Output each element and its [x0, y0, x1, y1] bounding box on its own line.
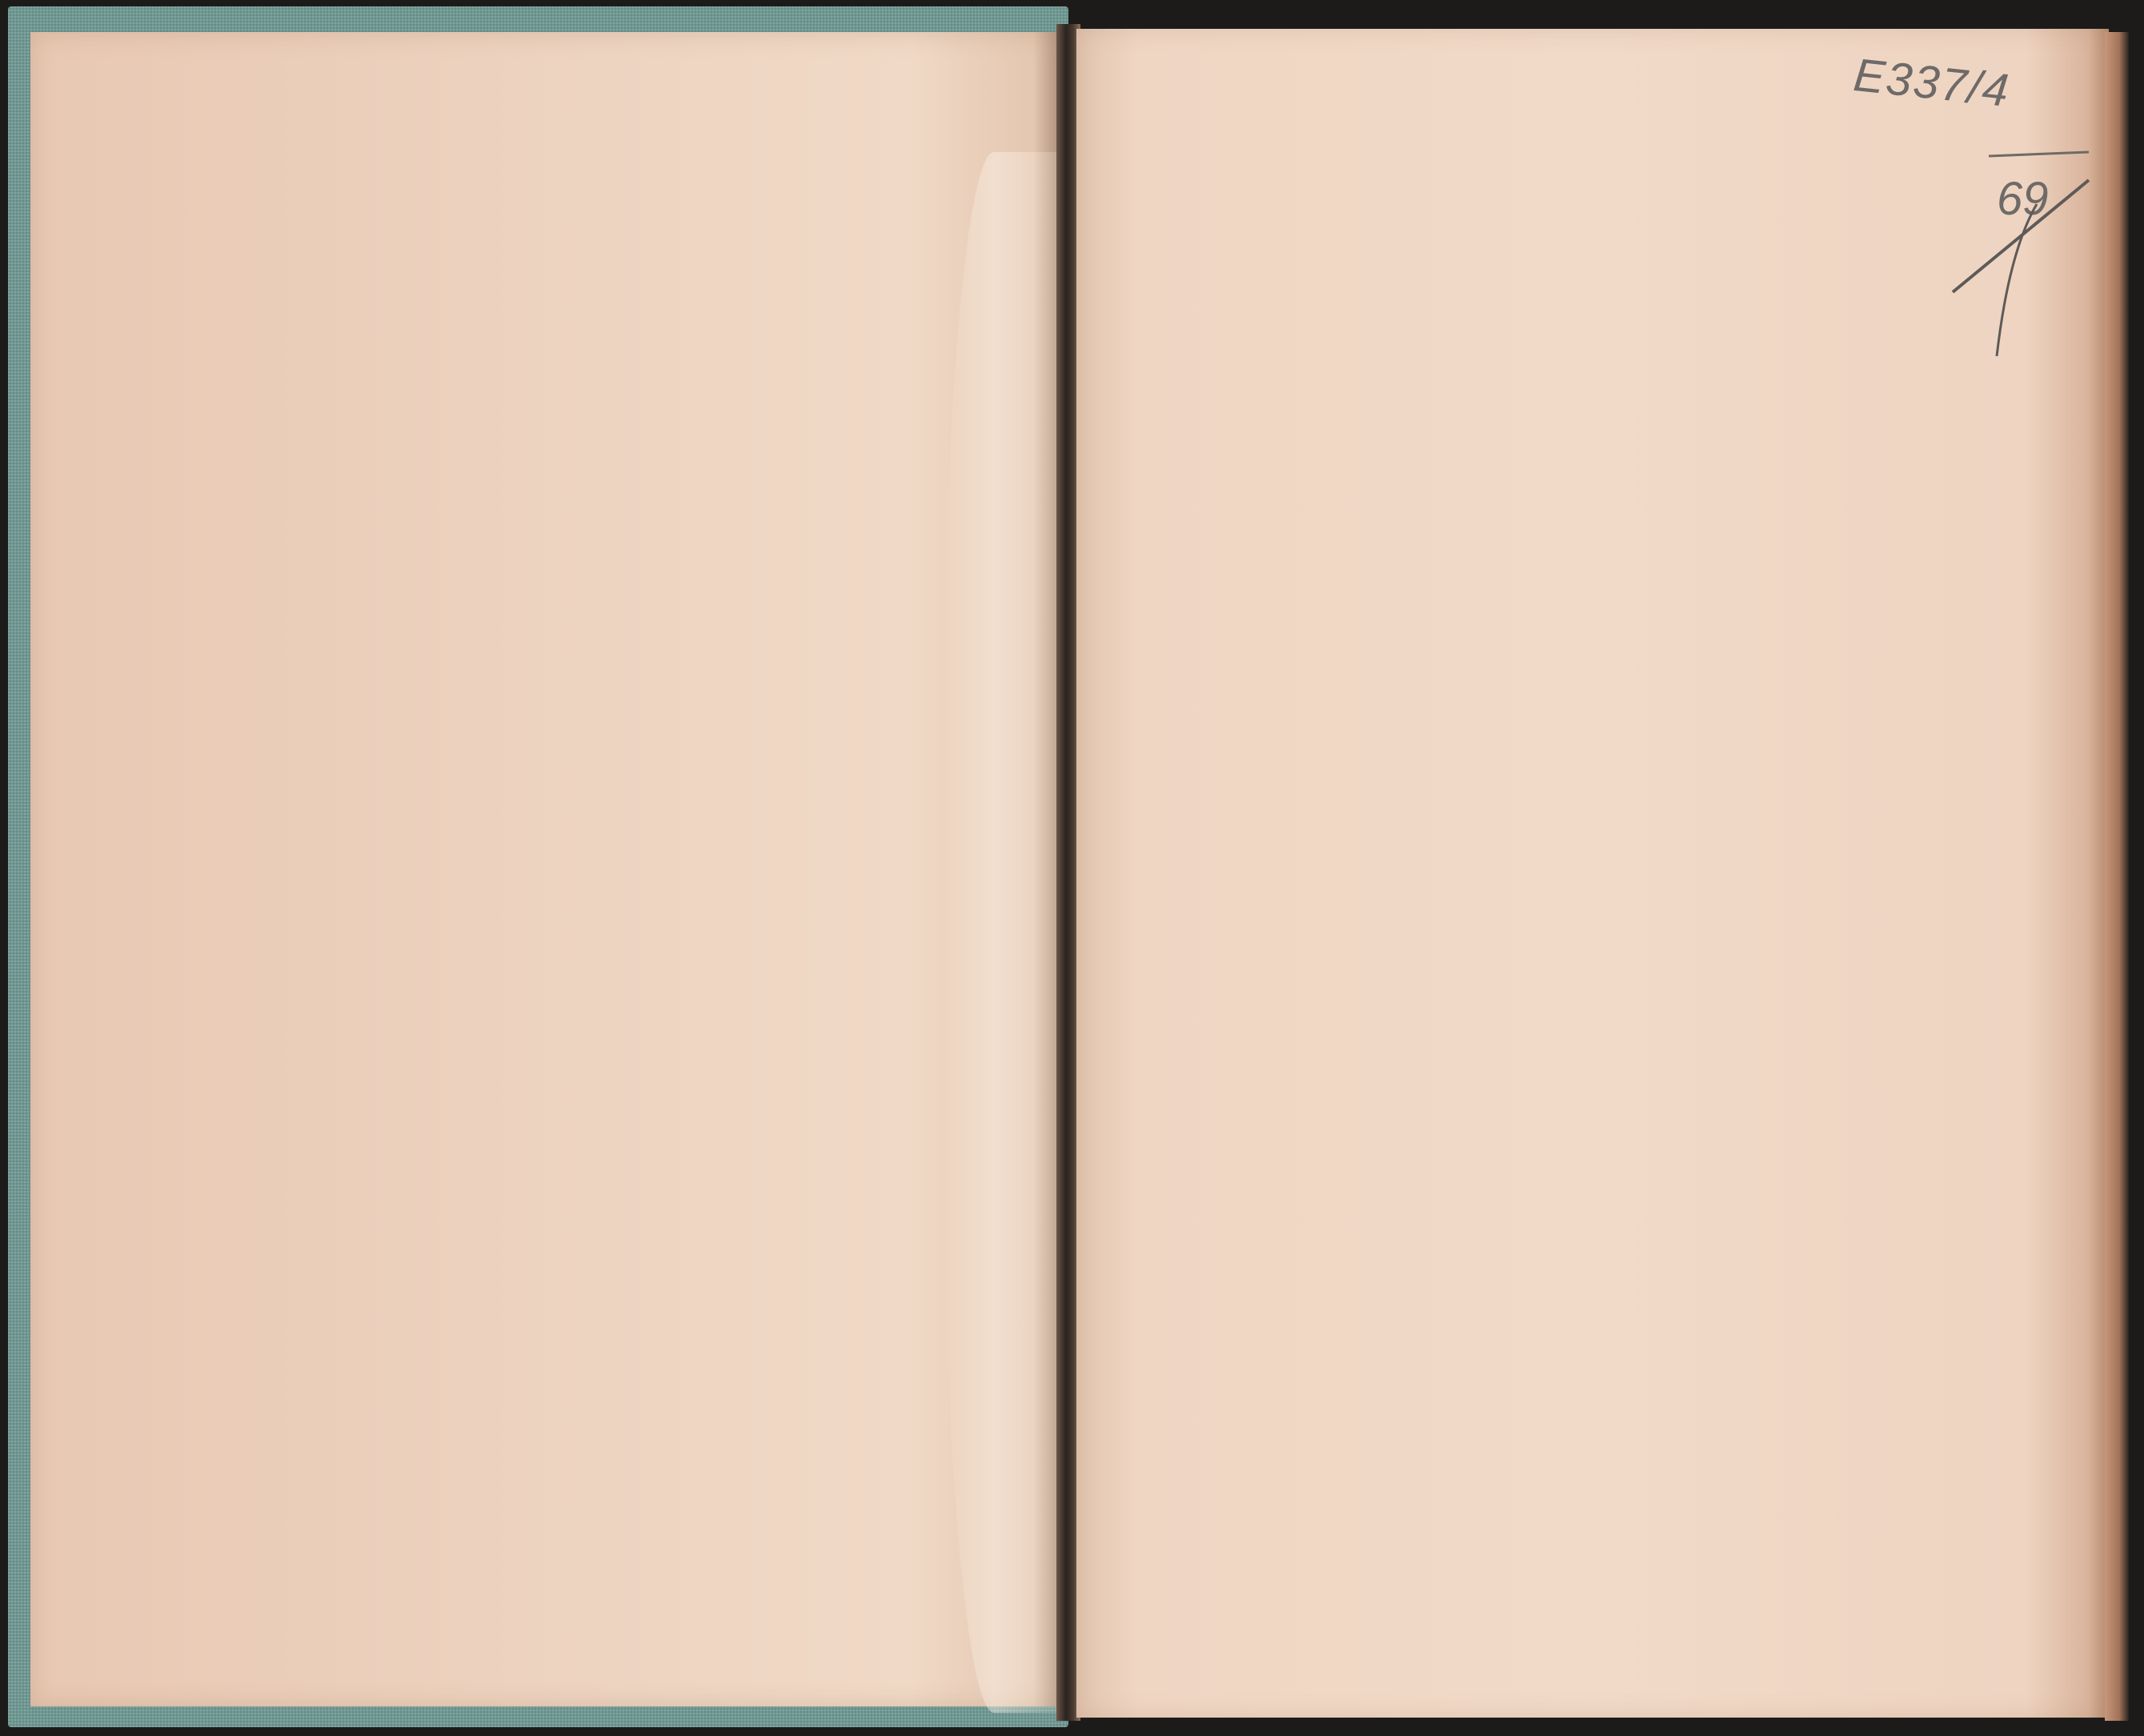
left-endpaper [30, 32, 1064, 1706]
pencil-strokes-icon [1849, 44, 2105, 380]
pencil-annotation: E337/4 69 [1849, 44, 2089, 380]
page-edge [2105, 32, 2129, 1721]
paper-water-stain [943, 152, 1071, 1713]
